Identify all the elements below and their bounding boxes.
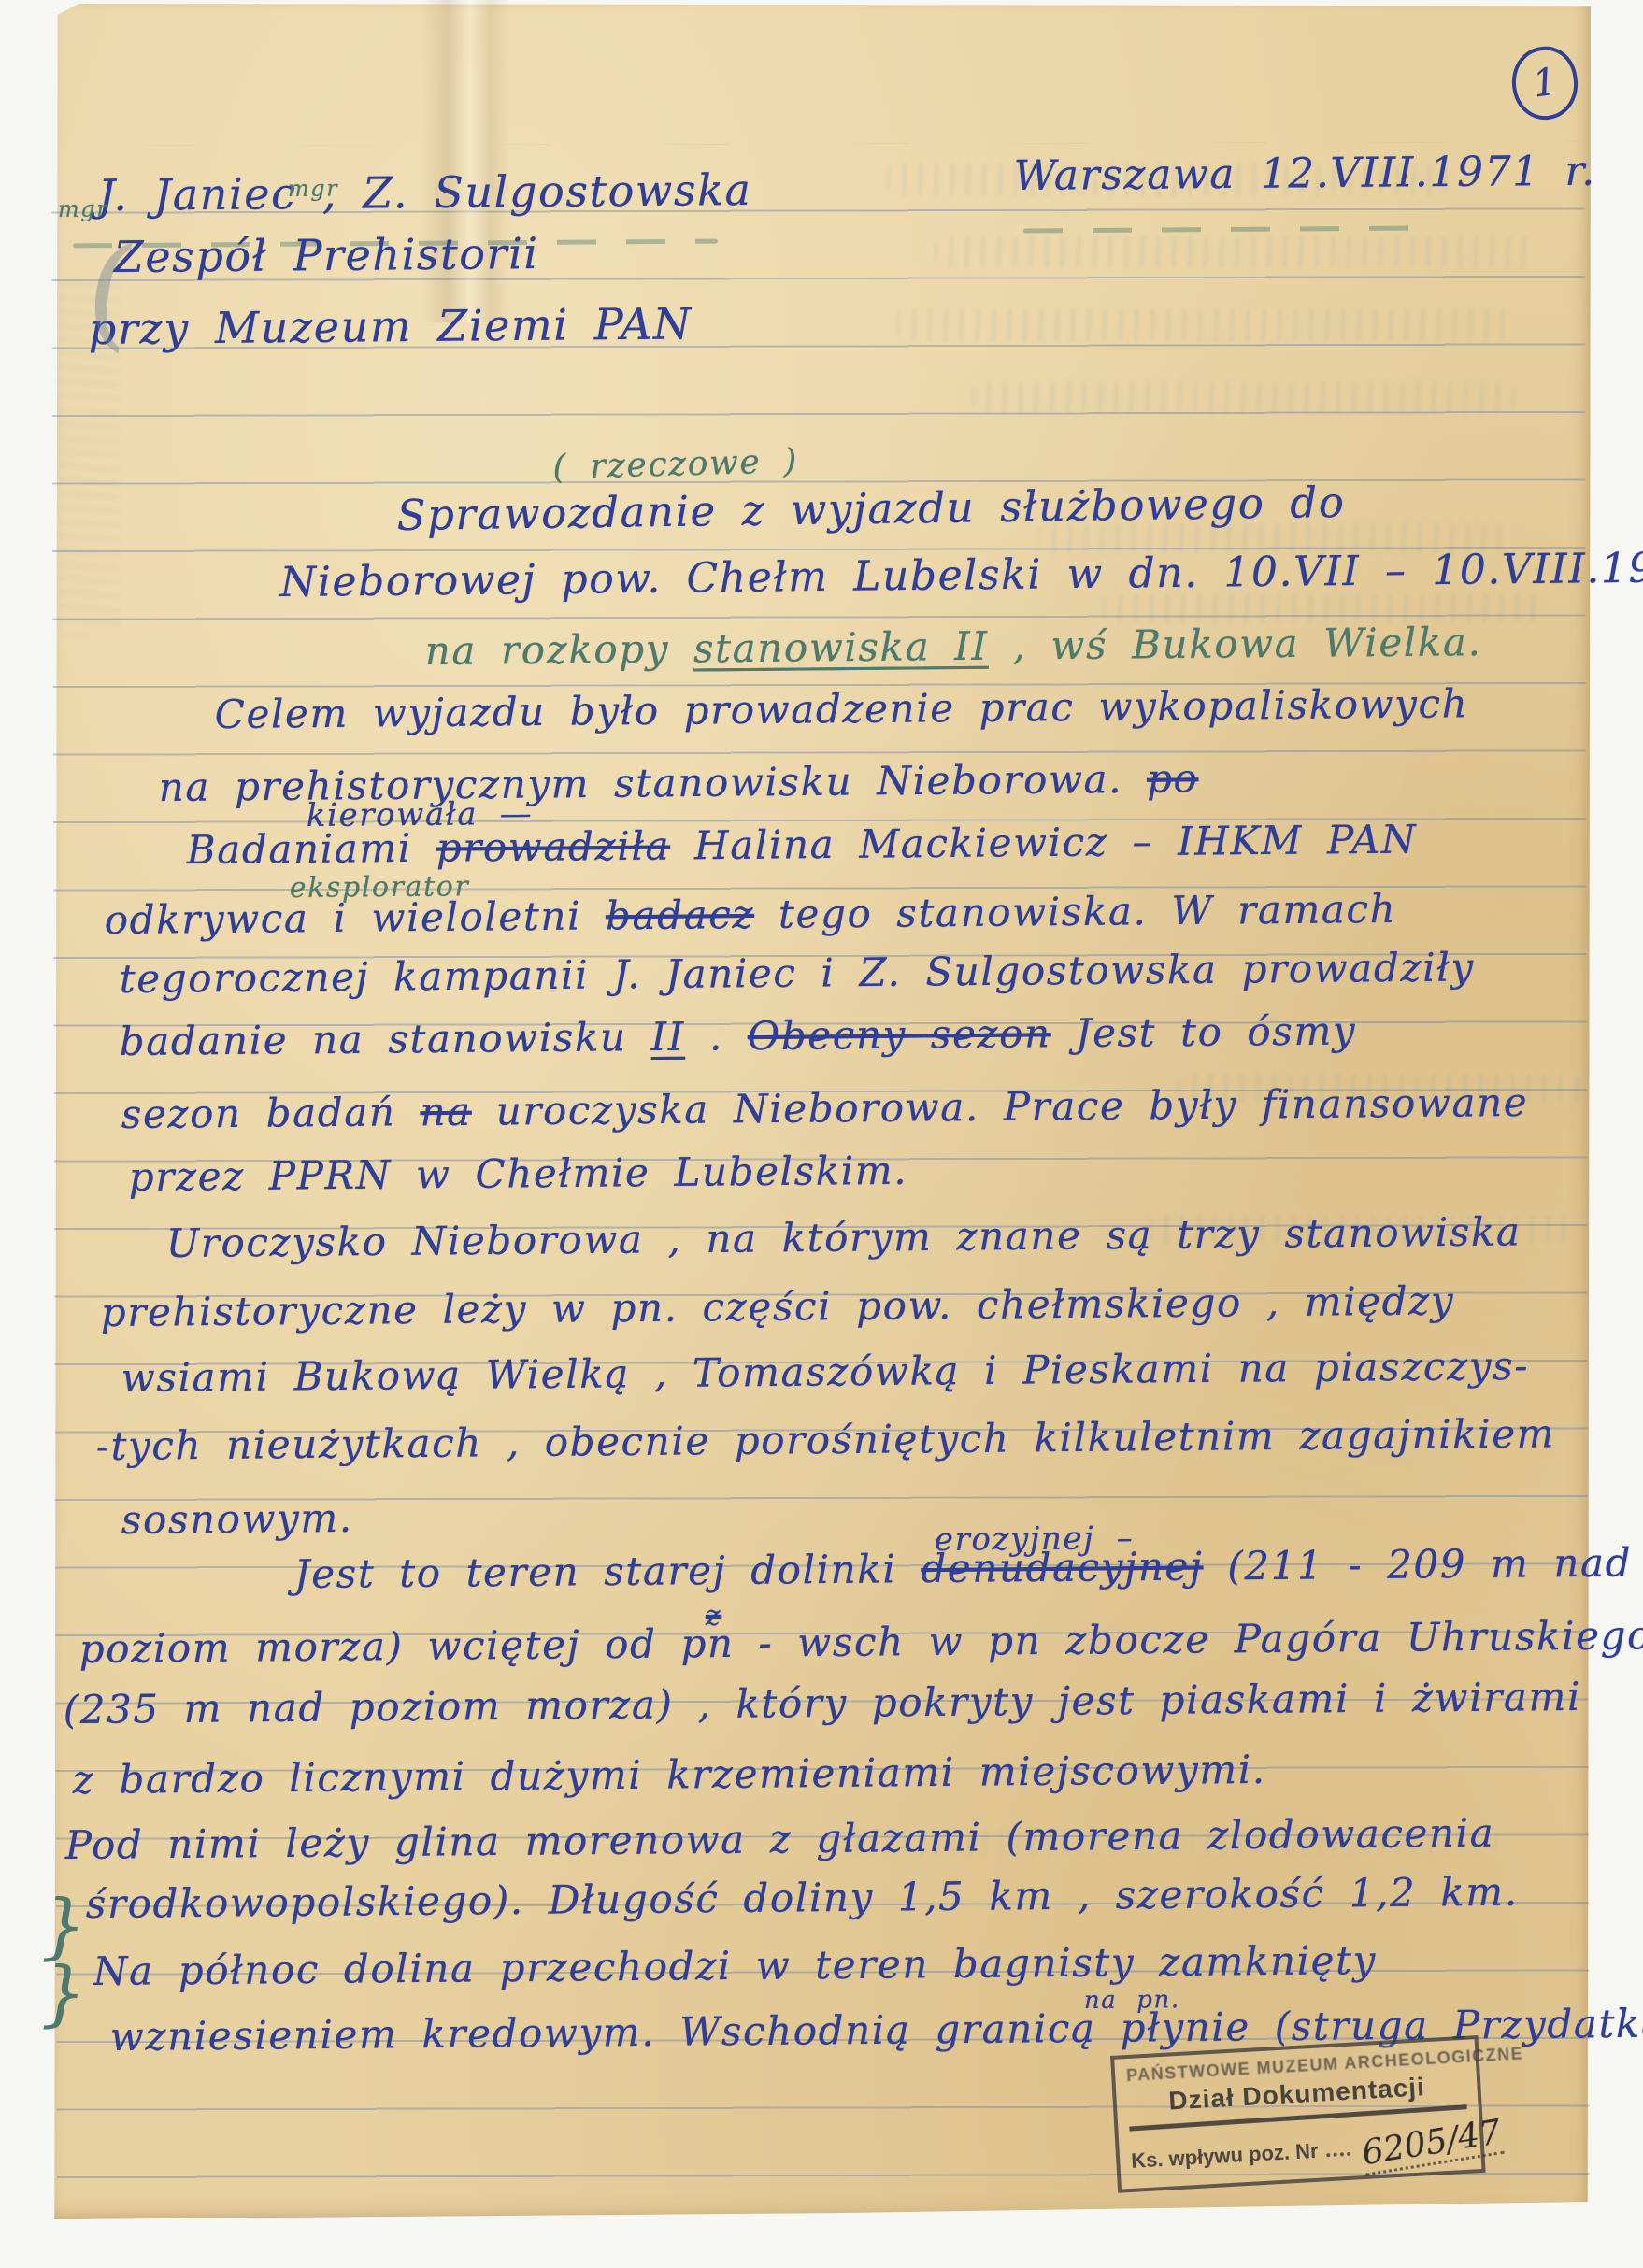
handwritten-line: badanie na stanowisku II . Obecny sezon … <box>120 1007 1357 1064</box>
handwritten-line: tegorocznej kampanii J. Janiec i Z. Sulg… <box>120 944 1475 1002</box>
handwritten-line: wsiami Bukową Wielką , Tomaszówką i Pies… <box>121 1343 1530 1401</box>
handwritten-line: -tych nieużytkach , obecnie porośniętych… <box>96 1410 1556 1469</box>
handwritten-line: Celem wyjazdu było prowadzenie prac wyko… <box>215 680 1469 737</box>
handwritten-line: przez PPRN w Chełmie Lubelskim. <box>129 1148 908 1200</box>
handwritten-line: J. Janiec , Z. Sulgostowska <box>98 164 752 221</box>
stamp-receipt-number: 6205/47 <box>1359 2113 1504 2175</box>
handwritten-line: prehistoryczne leży w pn. części pow. ch… <box>101 1277 1455 1335</box>
handwritten-line: Uroczysko Nieborowa , na którym znane są… <box>166 1208 1522 1266</box>
handwritten-line: sosnowym. <box>121 1495 353 1543</box>
handwritten-line: z bardzo licznymi dużymi krzemieniami mi… <box>73 1747 1266 1803</box>
handwritten-line: mgr <box>288 176 339 202</box>
handwritten-line: sezon badań na uroczyska Nieborowa. Prac… <box>121 1079 1529 1137</box>
stamp-receipt-label: Ks. wpływu poz. Nr <box>1131 2139 1320 2173</box>
handwritten-line: przy Muzeum Ziemi PAN <box>89 298 693 354</box>
handwritten-line: Na północ dolina przechodzi w teren bagn… <box>93 1937 1378 1994</box>
handwritten-line: ( rzeczowe ) <box>552 442 799 487</box>
handwritten-line: Zespół Prehistorii <box>114 228 539 282</box>
handwritten-line: (235 m nad poziom morza) , który pokryty… <box>64 1674 1582 1733</box>
handwritten-line: Nieborowej pow. Chełm Lubelski w dn. 10.… <box>279 543 1643 606</box>
handwritten-line: na rozkopy stanowiska II , wś Bukowa Wie… <box>425 619 1482 674</box>
stamp-dotted-line <box>1325 2139 1350 2157</box>
scan-background: J. Janiec , Z. SulgostowskamgrmgrZespół … <box>0 0 1643 2268</box>
museum-stamp: PAŃSTWOWE MUZEUM ARCHEOLOGICZNE Dział Do… <box>1110 2035 1486 2193</box>
handwritten-line: Jest to teren starej dolinki denudacyjne… <box>294 1540 1633 1597</box>
handwritten-line: Warszawa 12.VIII.1971 r. <box>1014 148 1596 200</box>
handwriting-layer: J. Janiec , Z. SulgostowskamgrmgrZespół … <box>0 0 1643 2268</box>
handwritten-line: } <box>40 1951 88 2034</box>
handwritten-line: środkowopolskiego). Długość doliny 1,5 k… <box>86 1869 1519 1927</box>
page-number: 1 <box>1530 60 1560 106</box>
handwritten-line: Badaniami prowadziła Halina Mackiewicz –… <box>187 817 1418 873</box>
handwritten-line: Pod nimi leży glina morenowa z głazami (… <box>65 1810 1495 1868</box>
stamp-receipt-line: Ks. wpływu poz. Nr 6205/47 <box>1130 2119 1470 2179</box>
handwritten-line: Sprawozdanie z wyjazdu służbowego do <box>396 478 1346 540</box>
handwritten-line: poziom morza) wciętej od pn - wsch w pn … <box>79 1612 1643 1672</box>
